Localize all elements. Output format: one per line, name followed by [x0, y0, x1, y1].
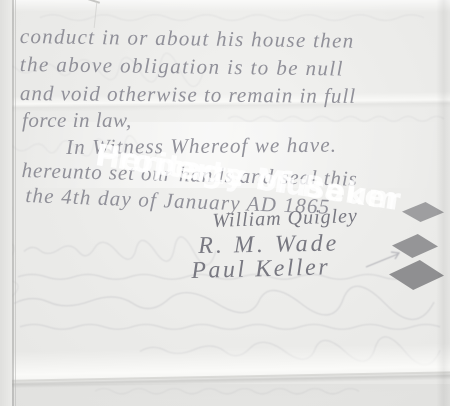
page-edge-line-outer: [12, 0, 14, 406]
handwriting-line-4: force in law,: [22, 108, 132, 133]
page-right-edge-shading: [436, 0, 450, 406]
handwriting-line-3: and void otherwise to remain in full: [20, 81, 356, 109]
handwriting-line-1: conduct in or about his house then: [20, 24, 355, 54]
document-scan: conduct in or about his house then the a…: [0, 0, 450, 406]
pencil-arrow-mark: [366, 252, 399, 267]
signature-paul-keller: Paul Keller: [191, 254, 330, 285]
handwriting-line-2: the above obligation is to be null: [20, 52, 344, 82]
page-left-margin-strip: [0, 0, 12, 406]
page-edge-line-inner: [15, 0, 16, 406]
below-fold-shading: [0, 384, 450, 406]
